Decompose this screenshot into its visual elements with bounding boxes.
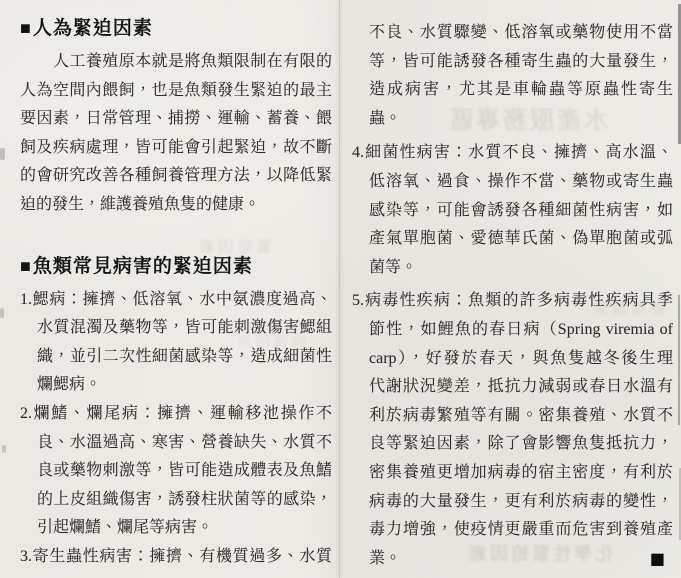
text-line: 人為空間內餵飼，也是魚類發生緊迫的最主 xyxy=(20,77,332,106)
list-item: 不良、水質驟變、低溶氧或藥物使用不當等，皆可能誘發各種寄生蟲的大量發生，造成病害… xyxy=(352,19,673,133)
text-line: 飼及疾病處理，皆可能會引起緊迫，故不斷 xyxy=(20,134,332,163)
right-column: 不良、水質驟變、低溶氧或藥物使用不當等，皆可能誘發各種寄生蟲的大量發生，造成病害… xyxy=(352,0,673,573)
section-heading-label: 人為緊迫因素 xyxy=(33,18,153,39)
text-line: 菌等。 xyxy=(352,254,673,283)
text-line: 代謝狀況變差，抵抗力減弱或春日水溫有 xyxy=(352,373,673,402)
text-line: 利於病毒繁殖等有關。密集養殖、水質不 xyxy=(352,402,673,431)
section-heading-label: 魚類常見病害的緊迫因素 xyxy=(33,256,253,277)
column-divider xyxy=(339,0,340,578)
text-line: 的會研究改善各種飼養管理方法，以降低緊 xyxy=(20,162,332,191)
text-line: 人工養殖原本就是將魚類限制在有限的 xyxy=(20,48,332,77)
text-line: 的上皮組織傷害，誘發柱狀菌等的感染， xyxy=(20,486,332,515)
text-line: 蟲。 xyxy=(352,105,673,134)
section-bullet-icon: ■ xyxy=(20,18,32,38)
scanned-document-page: ■人為緊迫因素人工養殖原本就是將魚類限制在有限的人為空間內餵飼，也是魚類發生緊迫… xyxy=(0,0,681,578)
scan-artifact-left-smudge-3 xyxy=(2,445,6,453)
scan-artifact-right-edge-mid xyxy=(678,295,680,425)
text-line: 毒力增強，使疫情更嚴重而危害到養殖產 xyxy=(352,516,673,545)
text-line: 引起爛鰭、爛尾等病害。 xyxy=(20,514,332,543)
text-line: 3.寄生蟲性病害：擁擠、有機質過多、水質 xyxy=(20,543,332,572)
text-line: 2.爛鰭、爛尾病：擁擠、運輸移池操作不 xyxy=(20,400,332,429)
text-line: 5.病毒性疾病：魚類的許多病毒性疾病具季 xyxy=(352,287,673,316)
list-item: 1.鰓病：擁擠、低溶氧、水中氨濃度過高、水質混濁及藥物等，皆可能刺激傷害鰓組織，… xyxy=(20,286,332,400)
list-item: 3.寄生蟲性病害：擁擠、有機質過多、水質 xyxy=(20,543,332,572)
text-line: carp），好發於春天，與魚隻越冬後生理 xyxy=(352,345,673,374)
text-line: 產氣單胞菌、愛德華氏菌、偽單胞菌或弧 xyxy=(352,225,673,254)
scan-artifact-left-smudge-1 xyxy=(0,148,5,160)
text-line: 不良、水質驟變、低溶氧或藥物使用不當 xyxy=(352,19,673,48)
section-heading: ■魚類常見病害的緊迫因素 xyxy=(20,253,332,280)
paragraph: 人工養殖原本就是將魚類限制在有限的人為空間內餵飼，也是魚類發生緊迫的最主要因素，… xyxy=(20,48,332,220)
text-line: 感染等，可能會誘發各種細菌性病害，如 xyxy=(352,197,673,226)
list-item: 5.病毒性疾病：魚類的許多病毒性疾病具季節性，如鯉魚的春日病（Spring vi… xyxy=(352,287,673,573)
text-line: 低溶氧、過食、操作不當、藥物或寄生蟲 xyxy=(352,168,673,197)
text-line: 水質混濁及藥物等，皆可能刺激傷害鰓組 xyxy=(20,314,332,343)
text-line: 1.鰓病：擁擠、低溶氧、水中氨濃度過高、 xyxy=(20,286,332,315)
text-line: 等，皆可能誘發各種寄生蟲的大量發生， xyxy=(352,48,673,77)
text-line: 要因素，日常管理、捕撈、運輸、蓄養、餵 xyxy=(20,105,332,134)
article-end-icon: ■ xyxy=(650,545,665,574)
text-line: 爛鰓病。 xyxy=(20,371,332,400)
list-item: 4.細菌性病害：水質不良、擁擠、高水溫、低溶氧、過食、操作不當、藥物或寄生蟲感染… xyxy=(352,139,673,282)
text-line: 密集養殖更增加病毒的宿主密度，有利於 xyxy=(352,459,673,488)
text-line: 節性，如鯉魚的春日病（Spring viremia of xyxy=(352,316,673,345)
text-line: 4.細菌性病害：水質不良、擁擠、高水溫、 xyxy=(352,139,673,168)
text-line: 良或藥物刺激等，皆可能造成體表及魚鰭 xyxy=(20,457,332,486)
text-line: 病毒的大量發生，更有利於病毒的變性， xyxy=(352,488,673,517)
text-line: 良等緊迫因素，除了會影響魚隻抵抗力， xyxy=(352,430,673,459)
section-heading: ■人為緊迫因素 xyxy=(20,15,332,42)
text-line: 良、水溫過高、寒害、營養缺失、水質不 xyxy=(20,429,332,458)
scan-artifact-left-smudge-2 xyxy=(0,308,4,318)
text-line: 業。■ xyxy=(352,545,673,574)
list-item: 2.爛鰭、爛尾病：擁擠、運輸移池操作不良、水溫過高、寒害、營養缺失、水質不良或藥… xyxy=(20,400,332,543)
text-line: 造成病害，尤其是車輪蟲等原蟲性寄生 xyxy=(352,76,673,105)
section-bullet-icon: ■ xyxy=(20,256,32,276)
text-line: 迫的發生，維護養殖魚隻的健康。 xyxy=(20,191,332,220)
text-line: 織，並引二次性細菌感染等，造成細菌性 xyxy=(20,343,332,372)
left-column: ■人為緊迫因素人工養殖原本就是將魚類限制在有限的人為空間內餵飼，也是魚類發生緊迫… xyxy=(20,0,332,572)
